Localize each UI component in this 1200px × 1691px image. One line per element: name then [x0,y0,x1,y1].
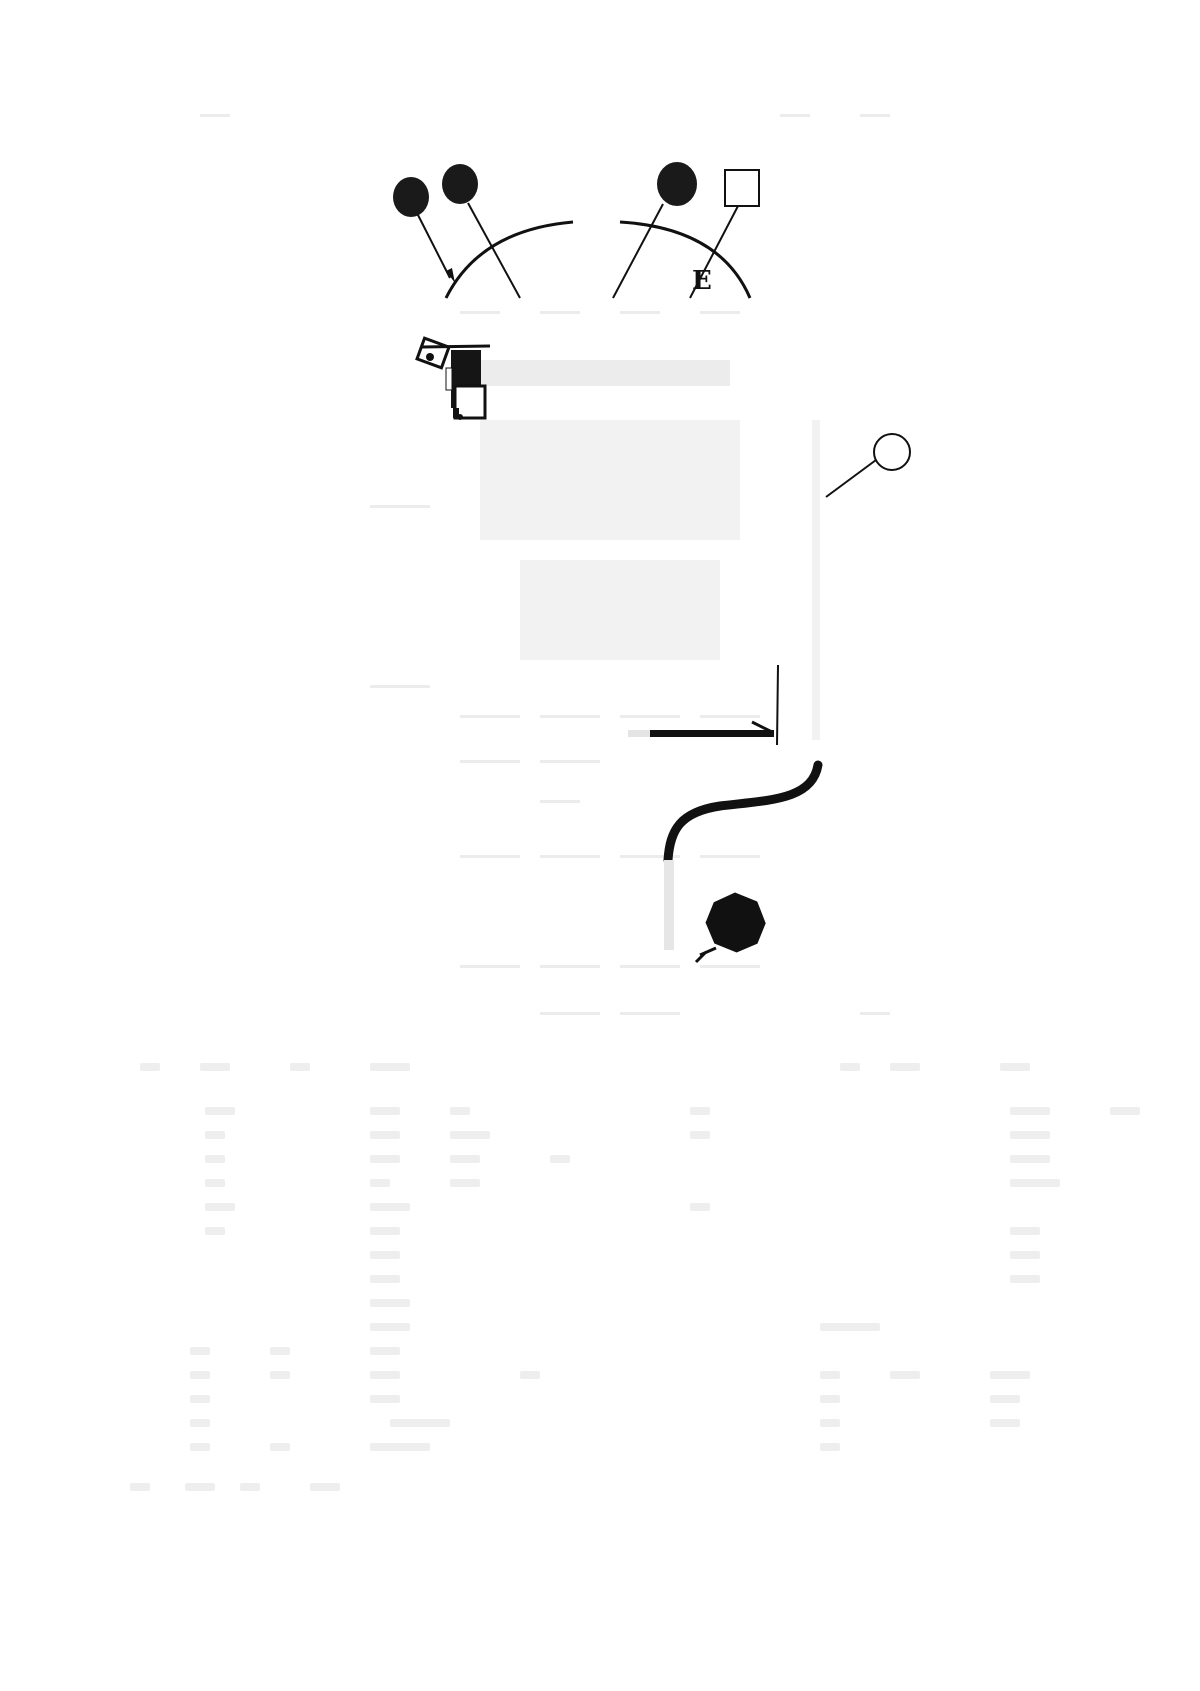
label-E: E [692,266,712,296]
table-row [130,1272,1080,1286]
document-page: E [0,0,1200,1691]
cable-fade [664,860,674,950]
faint-structure-lines [370,311,890,1015]
page-number [540,1585,640,1599]
table-row [130,1152,1080,1166]
table-row [130,1296,1080,1310]
left-arc [446,222,573,298]
vertical-guide-line [777,665,778,745]
callout-5 [826,434,910,497]
table-row [130,1200,1080,1214]
table-row [130,1320,1080,1334]
arrow [628,722,774,737]
callout-6 [696,886,772,962]
table-row [130,1176,1080,1190]
open-square-icon [725,170,759,206]
filled-circle-icon [442,164,478,204]
filled-circle-icon [657,162,697,206]
table-row [130,1344,1080,1358]
table-row [130,1224,1080,1238]
right-arc [620,222,750,298]
filled-octagon-icon [700,886,773,958]
table-header-row [130,1060,1080,1074]
table-row [130,1392,1080,1406]
callout-3 [613,162,697,298]
faint-header-marks [200,114,890,117]
table-row [130,1128,1080,1142]
table-row [130,1248,1080,1262]
open-circle-icon [874,434,910,470]
table-row [130,1368,1080,1382]
table-footnote [130,1480,1080,1494]
table-row [130,1104,1080,1118]
table-row [130,1416,1080,1430]
filled-circle-icon [393,177,429,217]
faded-data-table [130,1060,1080,1500]
cable [668,765,818,860]
table-row [130,1440,1080,1454]
bracket-component [417,338,490,420]
